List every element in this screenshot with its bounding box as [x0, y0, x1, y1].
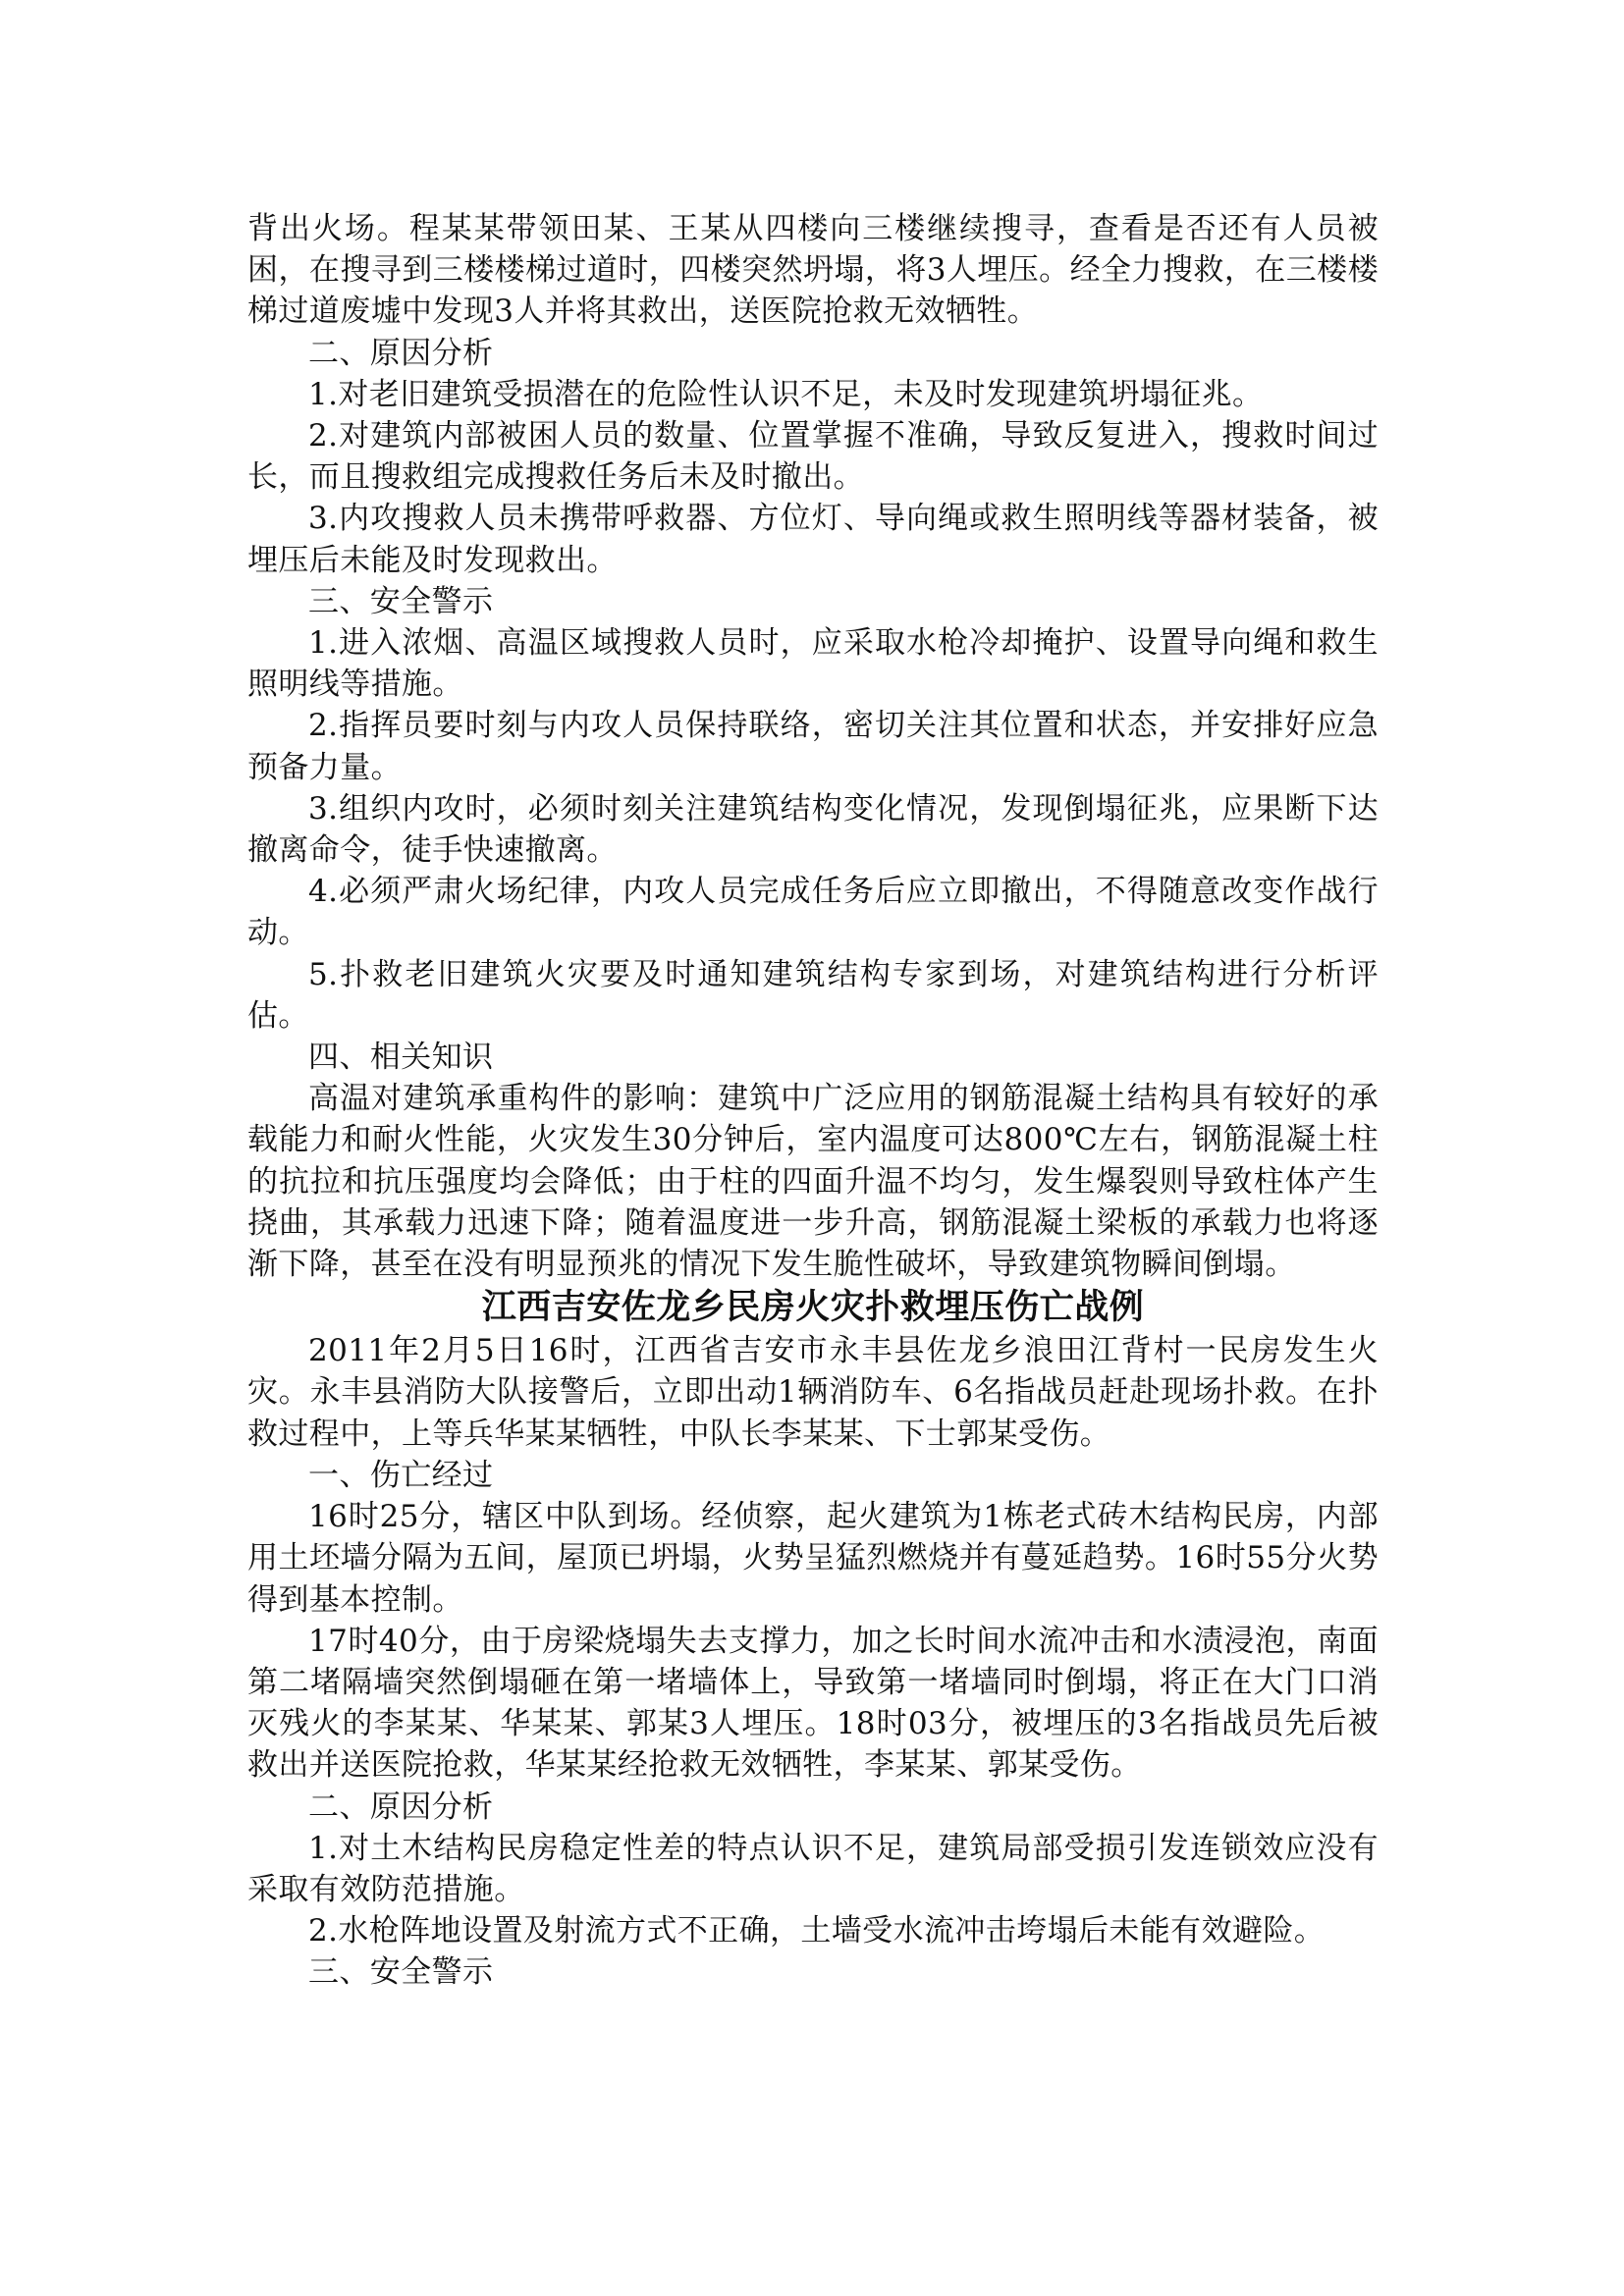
paragraph-continuation: 背出火场。程某某带领田某、王某从四楼向三楼继续搜寻，查看是否还有人员被困，在搜寻… — [247, 208, 1379, 333]
cause-item-2: 2.对建筑内部被困人员的数量、位置掌握不准确，导致反复进入，搜救时间过长，而且搜… — [247, 415, 1379, 498]
process-paragraph-1: 16时25分，辖区中队到场。经侦察，起火建筑为1栋老式砖木结构民房，内部用土坯墙… — [247, 1496, 1379, 1621]
heading-safety-warning-2: 三、安全警示 — [247, 1951, 1379, 1993]
warning-item-3: 3.组织内攻时，必须时刻关注建筑结构变化情况，发现倒塌征兆，应果断下达撤离命令，… — [247, 788, 1379, 871]
cause-item-2-1: 1.对土木结构民房稳定性差的特点认识不足，建筑局部受损引发连锁效应没有采取有效防… — [247, 1828, 1379, 1910]
heading-cause-analysis-2: 二、原因分析 — [247, 1787, 1379, 1828]
heading-casualty-process: 一、伤亡经过 — [247, 1455, 1379, 1496]
paragraph-knowledge: 高温对建筑承重构件的影响：建筑中广泛应用的钢筋混凝土结构具有较好的承载能力和耐火… — [247, 1078, 1379, 1285]
cause-item-3: 3.内攻搜救人员未携带呼救器、方位灯、导向绳或救生照明线等器材装备，被埋压后未能… — [247, 498, 1379, 580]
cause-item-2-2: 2.水枪阵地设置及射流方式不正确，土墙受水流冲击垮塌后未能有效避险。 — [247, 1910, 1379, 1951]
warning-item-5: 5.扑救老旧建筑火灾要及时通知建筑结构专家到场，对建筑结构进行分析评估。 — [247, 954, 1379, 1037]
heading-safety-warning: 三、安全警示 — [247, 581, 1379, 622]
heading-related-knowledge: 四、相关知识 — [247, 1037, 1379, 1078]
paragraph-intro: 2011年2月5日16时，江西省吉安市永丰县佐龙乡浪田江背村一民房发生火灾。永丰… — [247, 1330, 1379, 1455]
case-title: 江西吉安佐龙乡民房火灾扑救埋压伤亡战例 — [247, 1285, 1379, 1330]
document-page: 背出火场。程某某带领田某、王某从四楼向三楼继续搜寻，查看是否还有人员被困，在搜寻… — [247, 208, 1379, 1994]
heading-cause-analysis: 二、原因分析 — [247, 333, 1379, 374]
warning-item-2: 2.指挥员要时刻与内攻人员保持联络，密切关注其位置和状态，并安排好应急预备力量。 — [247, 705, 1379, 787]
warning-item-1: 1.进入浓烟、高温区域搜救人员时，应采取水枪冷却掩护、设置导向绳和救生照明线等措… — [247, 622, 1379, 705]
process-paragraph-2: 17时40分，由于房梁烧塌失去支撑力，加之长时间水流冲击和水渍浸泡，南面第二堵隔… — [247, 1621, 1379, 1787]
warning-item-4: 4.必须严肃火场纪律，内攻人员完成任务后应立即撤出，不得随意改变作战行动。 — [247, 871, 1379, 953]
cause-item-1: 1.对老旧建筑受损潜在的危险性认识不足，未及时发现建筑坍塌征兆。 — [247, 374, 1379, 415]
